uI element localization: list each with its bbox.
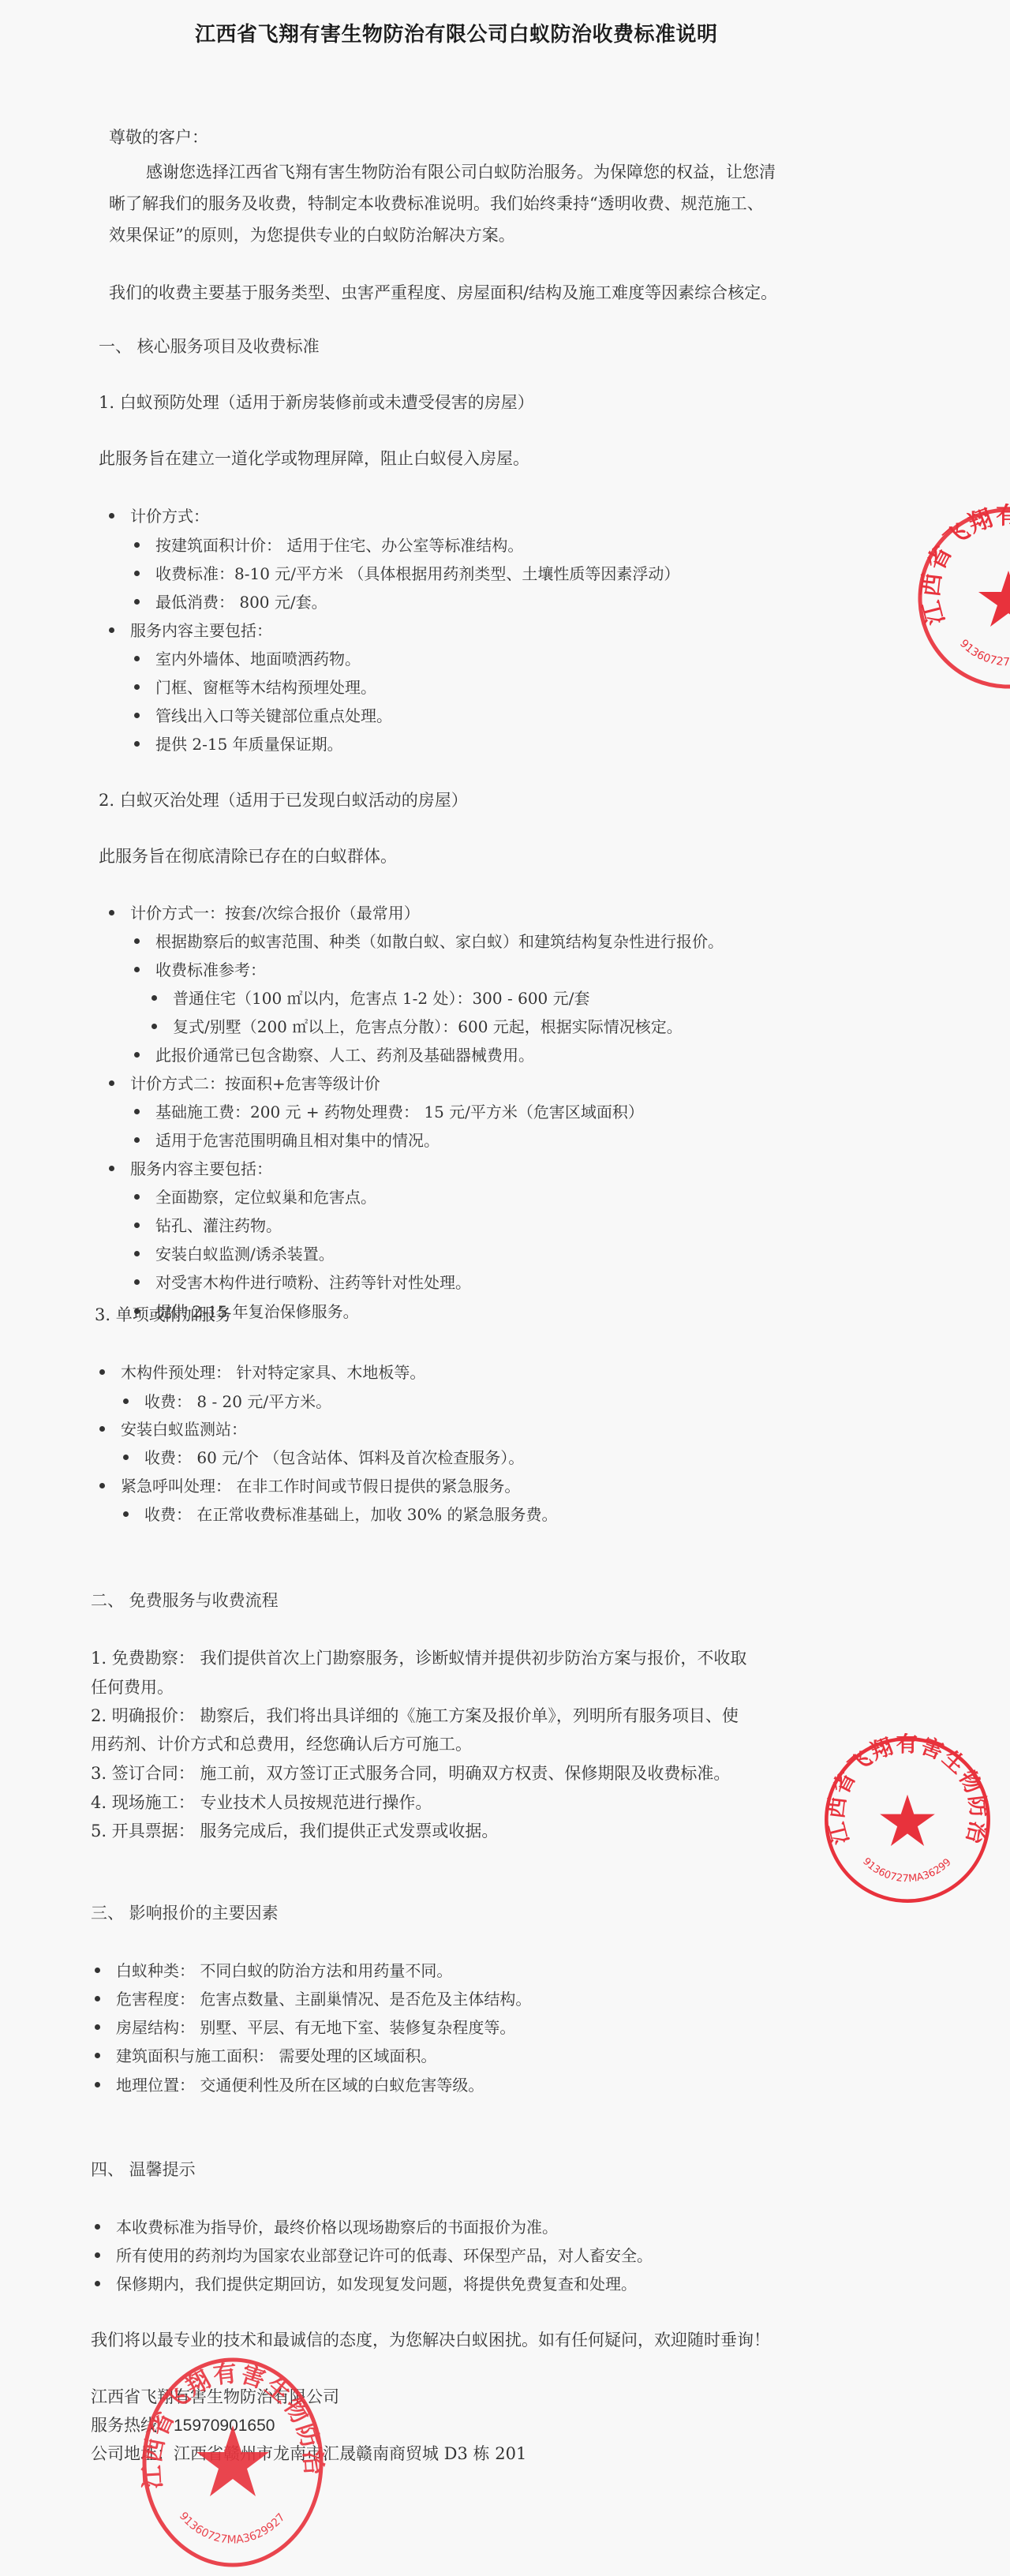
list-item: 复式/别墅（200 ㎡以上，危害点分散）：600 元起，根据实际情况核定。 bbox=[151, 1016, 683, 1038]
section-2-heading: 二、 免费服务与收费流程 bbox=[91, 1589, 279, 1612]
list-item: 门框、窗框等木结构预埋处理。 bbox=[134, 676, 376, 698]
company-seal-icon: 江西省飞翔有害生物防治有限公司 91360727MA36299279 bbox=[138, 2354, 327, 2571]
list-item: 服务内容主要包括： bbox=[109, 620, 272, 642]
section-4-heading: 四、 温馨提示 bbox=[91, 2159, 196, 2181]
list-item: 根据勘察后的蚁害范围、种类（如散白蚁、家白蚁）和建筑结构复杂性进行报价。 bbox=[134, 930, 724, 953]
intro-line-3: 效果保证”的原则，为您提供专业的白蚁防治解决方案。 bbox=[109, 224, 515, 246]
list-item: 收费： 60 元/个 （包含站体、饵料及首次检查服务）。 bbox=[123, 1447, 524, 1469]
list-item: 收费： 在正常收费标准基础上，加收 30% 的紧急服务费。 bbox=[123, 1503, 558, 1526]
step-4: 4. 现场施工： 专业技术人员按规范进行操作。 bbox=[91, 1792, 432, 1814]
list-item: 对受害木构件进行喷粉、注药等针对性处理。 bbox=[134, 1271, 471, 1294]
step-5: 5. 开具票据： 服务完成后，我们提供正式发票或收据。 bbox=[91, 1820, 498, 1842]
list-item: 计价方式一：按套/次综合报价（最常用） bbox=[109, 902, 420, 924]
step-2-line-2: 用药剂、计价方式和总费用，经您确认后方可施工。 bbox=[91, 1733, 472, 1755]
list-item: 此报价通常已包含勘察、人工、药剂及基础器械费用。 bbox=[134, 1044, 534, 1066]
list-item: 安装白蚁监测/诱杀装置。 bbox=[134, 1243, 335, 1265]
list-item: 钻孔、灌注药物。 bbox=[134, 1215, 282, 1237]
list-item: 普通住宅（100 ㎡以内，危害点 1-2 处）：300 - 600 元/套 bbox=[151, 987, 589, 1009]
fee-standard-document: 江西省飞翔有害生物防治有限公司白蚁防治收费标准说明 尊敬的客户： 感谢您选择江西… bbox=[0, 0, 1010, 2576]
list-item: 计价方式： bbox=[109, 505, 209, 527]
intro-line-1: 感谢您选择江西省飞翔有害生物防治有限公司白蚁防治服务。为保障您的权益，让您清 bbox=[146, 161, 776, 183]
list-item: 建筑面积与施工面积： 需要处理的区域面积。 bbox=[95, 2045, 436, 2067]
list-item: 危害程度： 危害点数量、主副巢情况、是否危及主体结构。 bbox=[95, 1988, 531, 2010]
list-item: 白蚁种类： 不同白蚁的防治方法和用药量不同。 bbox=[95, 1960, 452, 1982]
closing-text: 我们将以最专业的技术和最诚信的态度，为您解决白蚁困扰。如有任何疑问，欢迎随时垂询… bbox=[91, 2329, 770, 2351]
list-item: 木构件预处理： 针对特定家具、木地板等。 bbox=[99, 1361, 425, 1383]
list-item: 紧急呼叫处理： 在非工作时间或节假日提供的紧急服务。 bbox=[99, 1475, 520, 1497]
document-title: 江西省飞翔有害生物防治有限公司白蚁防治收费标准说明 bbox=[195, 24, 718, 46]
list-item: 收费标准参考： bbox=[134, 959, 266, 981]
list-item: 保修期内，我们提供定期回访，如发现复发问题，将提供免费复查和处理。 bbox=[95, 2273, 637, 2295]
list-item: 基础施工费：200 元 + 药物处理费： 15 元/平方米（危害区域面积） bbox=[134, 1101, 644, 1123]
item-2-heading: 2. 白蚁灭治处理（适用于已发现白蚁活动的房屋） bbox=[99, 789, 468, 811]
list-item: 本收费标准为指导价，最终价格以现场勘察后的书面报价为准。 bbox=[95, 2216, 558, 2238]
list-item: 按建筑面积计价： 适用于住宅、办公室等标准结构。 bbox=[134, 534, 523, 556]
company-seal-icon: 江西省飞翔有害生物防治有限公司 91360727MA36299279 bbox=[821, 1733, 994, 1907]
list-item: 房屋结构： 别墅、平层、有无地下室、装修复杂程度等。 bbox=[95, 2016, 515, 2039]
list-item: 所有使用的药剂均为国家农业部登记许可的低毒、环保型产品，对人畜安全。 bbox=[95, 2245, 653, 2267]
intro-line-2: 晰了解我们的服务及收费，特制定本收费标准说明。我们始终秉持“透明收费、规范施工、 bbox=[109, 193, 764, 215]
step-1-line-2: 任何费用。 bbox=[91, 1676, 174, 1698]
list-item: 地理位置： 交通便利性及所在区域的白蚁危害等级。 bbox=[95, 2074, 484, 2096]
list-item: 适用于危害范围明确且相对集中的情况。 bbox=[134, 1129, 440, 1151]
list-item: 收费： 8 - 20 元/平方米。 bbox=[123, 1391, 331, 1413]
step-2-line-1: 2. 明确报价： 勘察后，我们将出具详细的《施工方案及报价单》，列明所有服务项目… bbox=[91, 1705, 739, 1727]
list-item: 室内外墙体、地面喷洒药物。 bbox=[134, 648, 361, 670]
item-1-heading: 1. 白蚁预防处理（适用于新房装修前或未遭受侵害的房屋） bbox=[99, 391, 534, 414]
section-1-heading: 一、 核心服务项目及收费标准 bbox=[99, 335, 320, 358]
list-item: 最低消费： 800 元/套。 bbox=[134, 591, 327, 613]
list-item: 安装白蚁监测站： bbox=[99, 1418, 247, 1440]
company-seal-icon: 江西省飞翔有害生物防治有限公司 91360727MA36299279 bbox=[914, 504, 1010, 693]
list-item: 收费标准：8-10 元/平方米 （具体根据用药剂类型、土壤性质等因素浮动） bbox=[134, 563, 679, 585]
item-1-desc: 此服务旨在建立一道化学或物理屏障，阻止白蚁侵入房屋。 bbox=[99, 447, 529, 470]
list-item: 全面勘察，定位蚁巢和危害点。 bbox=[134, 1186, 376, 1208]
greeting: 尊敬的客户： bbox=[109, 126, 208, 148]
list-item: 提供 2-15 年质量保证期。 bbox=[134, 733, 343, 755]
pricing-basis: 我们的收费主要基于服务类型、虫害严重程度、房屋面积/结构及施工难度等因素综合核定… bbox=[109, 282, 777, 304]
step-3: 3. 签订合同： 施工前，双方签订正式服务合同，明确双方权责、保修期限及收费标准… bbox=[91, 1762, 730, 1784]
list-item: 服务内容主要包括： bbox=[109, 1158, 272, 1180]
list-item: 计价方式二：按面积+危害等级计价 bbox=[109, 1073, 380, 1095]
step-1-line-1: 1. 免费勘察： 我们提供首次上门勘察服务，诊断蚁情并提供初步防治方案与报价，不… bbox=[91, 1647, 746, 1669]
item-3-heading: 3. 单项或附加服务 bbox=[95, 1304, 232, 1326]
section-3-heading: 三、 影响报价的主要因素 bbox=[91, 1902, 279, 1924]
list-item: 管线出入口等关键部位重点处理。 bbox=[134, 705, 392, 727]
item-2-desc: 此服务旨在彻底清除已存在的白蚁群体。 bbox=[99, 845, 397, 867]
